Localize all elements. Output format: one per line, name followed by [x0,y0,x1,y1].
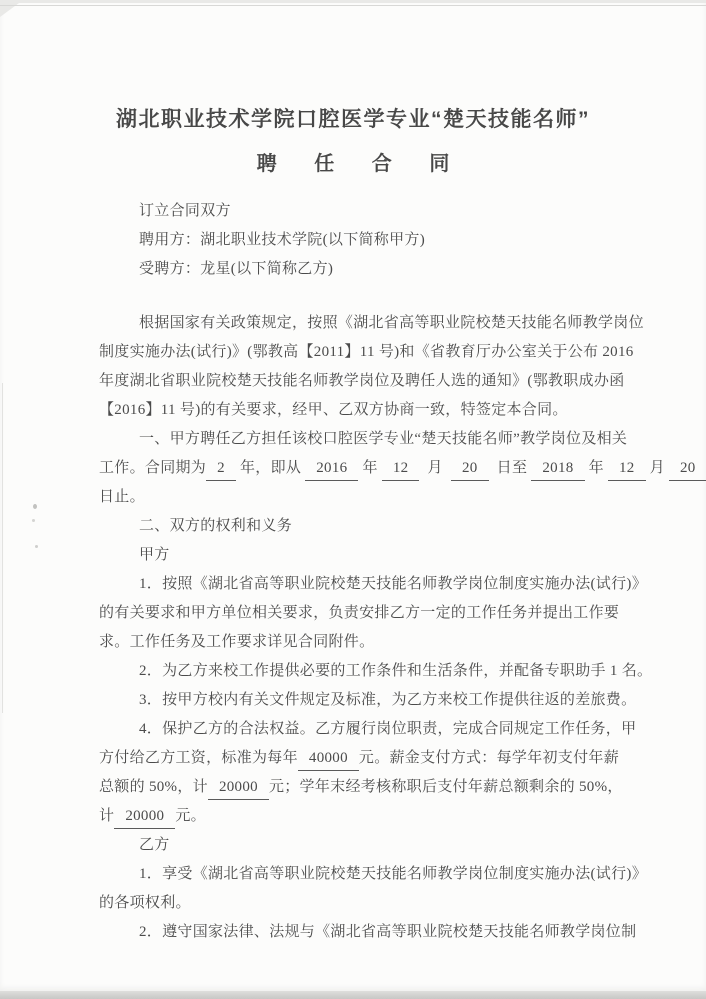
filled-blank-value: 12 [382,458,420,481]
text-segment: 年 [358,460,381,476]
employee-line: 受聘方：龙星(以下简称乙方) [99,255,619,284]
section2-heading: 二、双方的权利和义务 [99,512,619,541]
scan-bottom-shadow [0,991,706,999]
text-segment: 总额的 50%，计 [99,779,208,795]
text-segment: 元；学年末经考核称职后支付年薪总额剩余的 50%， [269,779,623,795]
scan-top-edge [0,5,706,6]
party-a-item2-line: 2．为乙方来校工作提供必要的工作条件和生活条件，并配备专职助手 1 名。 [99,657,619,686]
contract-body: 订立合同双方 聘用方：湖北职业技术学院(以下简称甲方) 受聘方：龙星(以下简称乙… [99,197,619,947]
text-segment: 方付给乙方工资，标准为每年 [99,750,298,766]
filled-blank-value: 20 [451,458,489,481]
preamble-line: 【2016】11 号)的有关要求，经甲、乙双方协商一致，特签定本合同。 [99,396,619,425]
filled-blank-value: 20000 [208,777,269,800]
preamble-line: 年度湖北省职业院校楚天技能名师教学岗位及聘任人选的通知》(鄂教职成办函 [99,367,619,396]
filled-blank-value: 2018 [531,458,584,481]
party-a-item4-remainder-line: 计20000元。 [99,802,619,831]
text-segment: 月 [646,460,669,476]
ink-speck [35,545,38,548]
party-a-item3-line: 3．按甲方校内有关文件规定及标准，为乙方来校工作提供往返的差旅费。 [99,686,619,715]
text-segment: 月 [419,460,451,476]
scan-left-edge [2,383,3,713]
section1-term-line: 工作。合同期为2 年，即从 2016 年 12 月 20 日至 2018 年 1… [99,454,619,483]
text-segment: 日至 [489,460,532,476]
preamble-line: 根据国家有关政策规定，按照《湖北省高等职业院校楚天技能名师教学岗位 [99,309,619,338]
contract-page: 湖北职业技术学院口腔医学专业“楚天技能名师” 聘 任 合 同 订立合同双方 聘用… [0,3,706,991]
employer-line: 聘用方：湖北职业技术学院(以下简称甲方) [99,226,619,255]
filled-blank-value: 20000 [114,806,175,829]
paragraph-spacer [99,284,619,309]
party-a-item4-line: 4．保护乙方的合法权益。乙方履行岗位职责，完成合同规定工作任务，甲 [99,715,619,744]
text-segment: 年，即从 [236,460,305,476]
party-b-label: 乙方 [99,831,619,860]
party-b-item1-line: 1．享受《湖北省高等职业院校楚天技能名师教学岗位制度实施办法(试行)》 [99,860,619,889]
text-segment: 年 [585,460,608,476]
ink-speck [32,519,35,522]
party-b-item1-line: 的各项权利。 [99,889,619,918]
filled-blank-value: 12 [608,458,646,481]
filled-blank-value: 40000 [298,748,359,771]
filled-blank-value: 20 [669,458,706,481]
scanned-contract-document: { "colors": { "paper": "#fcfcfb", "backg… [0,0,706,999]
party-a-item4-salary-line: 方付给乙方工资，标准为每年40000元。薪金支付方式：每学年初支付年薪 [99,744,619,773]
parties-intro-line: 订立合同双方 [99,197,619,226]
party-b-item2-line: 2．遵守国家法律、法规与《湖北省高等职业院校楚天技能名师教学岗位制 [99,918,619,947]
contract-title-line2: 聘 任 合 同 [0,147,706,176]
section1-line: 一、甲方聘任乙方担任该校口腔医学专业“楚天技能名师”教学岗位及相关 [99,425,619,454]
text-segment: 工作。合同期为 [99,460,206,476]
text-segment: 计 [99,808,114,824]
party-a-item4-payment-line: 总额的 50%，计20000元；学年末经考核称职后支付年薪总额剩余的 50%， [99,773,619,802]
party-a-item1-line: 求。工作任务及工作要求详见合同附件。 [99,628,619,657]
preamble-line: 制度实施办法(试行)》(鄂教高【2011】11 号)和《省教育厅办公室关于公布 … [99,338,619,367]
party-a-item1-line: 1．按照《湖北省高等职业院校楚天技能名师教学岗位制度实施办法(试行)》 [99,570,619,599]
ink-speck [33,504,37,509]
filled-blank-value: 2016 [305,458,358,481]
section1-line: 日止。 [99,483,619,512]
text-segment: 元。薪金支付方式：每学年初支付年薪 [359,750,619,766]
party-a-label: 甲方 [99,541,619,570]
text-segment: 元。 [175,808,206,824]
contract-title-line1: 湖北职业技术学院口腔医学专业“楚天技能名师” [0,103,706,133]
party-a-item1-line: 的有关要求和甲方单位相关要求，负责安排乙方一定的工作任务并提出工作要 [99,599,619,628]
filled-blank-value: 2 [206,458,236,481]
